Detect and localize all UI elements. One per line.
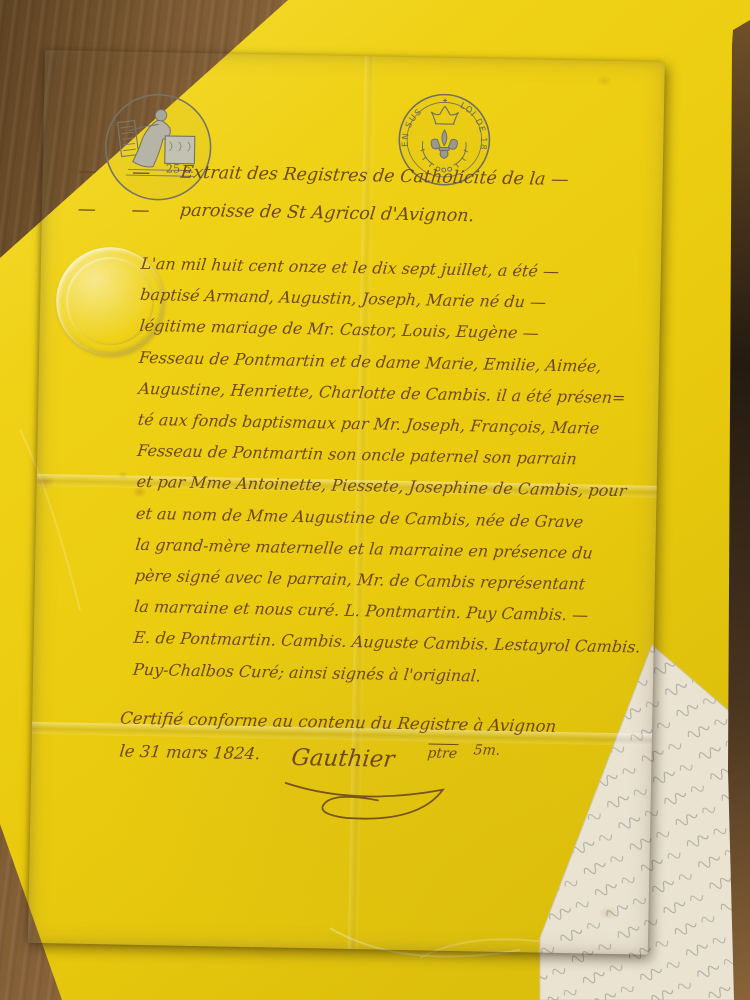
photo-stage: 25 c. EN SUS LOI DE 1816. (0, 0, 750, 1000)
baptism-certificate: 25 c. EN SUS LOI DE 1816. (28, 50, 665, 955)
signature-name: Gauthier (290, 745, 396, 773)
signature-title: ptre (427, 743, 458, 762)
heading-line: — — paroisse de St Agricol d'Avignon. (41, 198, 475, 226)
signature-suffix: 5m. (473, 742, 501, 758)
body-text: L'an mil huit cent onze et le dix sept j… (133, 248, 651, 695)
heading-text: Extrait des Registres de Catholicité de … (180, 163, 570, 190)
fiscal-stamp-25c: 25 c. (100, 89, 216, 205)
margin-dashes: — — (78, 161, 152, 183)
margin-dashes: — — (77, 199, 151, 221)
priest-signature: Gauthier ptre 5m. (258, 730, 540, 845)
heading-text: paroisse de St Agricol d'Avignon. (179, 201, 475, 227)
figure-head (155, 110, 167, 122)
